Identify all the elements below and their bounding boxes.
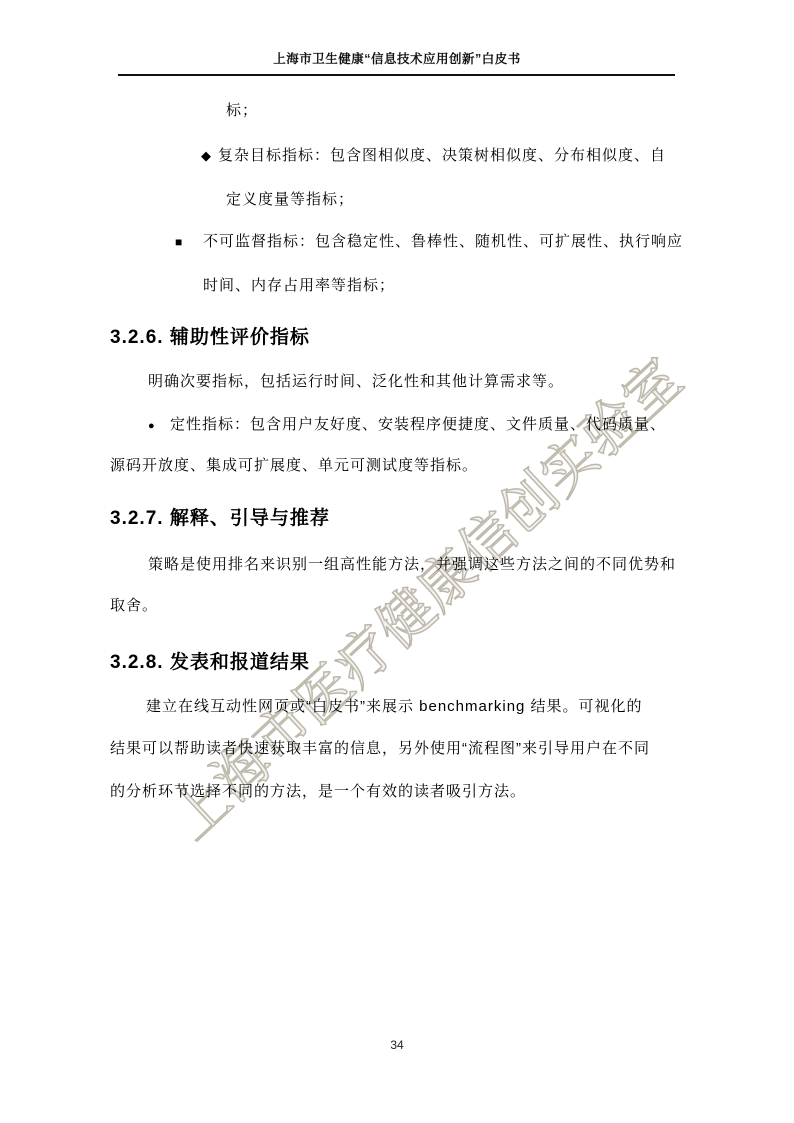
heading-3-2-8: 3.2.8. 发表和报道结果 (110, 651, 310, 675)
heading-3-2-6: 3.2.6. 辅助性评价指标 (110, 326, 310, 350)
circle-bullet-icon: ● (148, 416, 170, 436)
heading-3-2-7: 3.2.7. 解释、引导与推荐 (110, 507, 330, 531)
body-line: 取舍。 (110, 596, 158, 616)
square-bullet-icon: ■ (175, 232, 203, 252)
body-line: 标； (226, 101, 258, 121)
header-divider (118, 74, 675, 76)
body-line: 结果可以帮助读者快速获取丰富的信息，另外使用“流程图”来引导用户在不同 (110, 739, 650, 759)
bullet-item-text: 复杂目标指标：包含图相似度、决策树相似度、分布相似度、自 (218, 146, 666, 166)
body-line: 策略是使用排名来识别一组高性能方法，并强调这些方法之间的不同优势和 (148, 555, 676, 575)
body-line: 的分析环节选择不同的方法，是一个有效的读者吸引方法。 (110, 782, 526, 802)
bullet-item: ■ 不可监督指标：包含稳定性、鲁棒性、随机性、可扩展性、执行响应 (175, 232, 683, 252)
body-line: 时间、内存占用率等指标； (203, 276, 395, 296)
document-page: 上海市卫生健康“信息技术应用创新”白皮书 上海市医疗健康信创实验室 标； ◆ 复… (0, 0, 794, 1123)
body-line: 建立在线互动性网页或“白皮书”来展示 benchmarking 结果。可视化的 (146, 697, 643, 717)
bullet-item: ● 定性指标：包含用户友好度、安装程序便捷度、文件质量、代码质量、 (148, 415, 666, 436)
body-line: 源码开放度、集成可扩展度、单元可测试度等指标。 (110, 456, 478, 476)
body-line: 定义度量等指标； (226, 190, 354, 210)
bullet-item: ◆ 复杂目标指标：包含图相似度、决策树相似度、分布相似度、自 (201, 146, 666, 166)
bullet-item-text: 不可监督指标：包含稳定性、鲁棒性、随机性、可扩展性、执行响应 (203, 232, 683, 252)
page-header-title: 上海市卫生健康“信息技术应用创新”白皮书 (0, 49, 794, 67)
page-number: 34 (0, 1038, 794, 1052)
body-line: 明确次要指标，包括运行时间、泛化性和其他计算需求等。 (148, 372, 564, 392)
bullet-item-text: 定性指标：包含用户友好度、安装程序便捷度、文件质量、代码质量、 (170, 415, 666, 435)
diamond-bullet-icon: ◆ (201, 146, 218, 166)
